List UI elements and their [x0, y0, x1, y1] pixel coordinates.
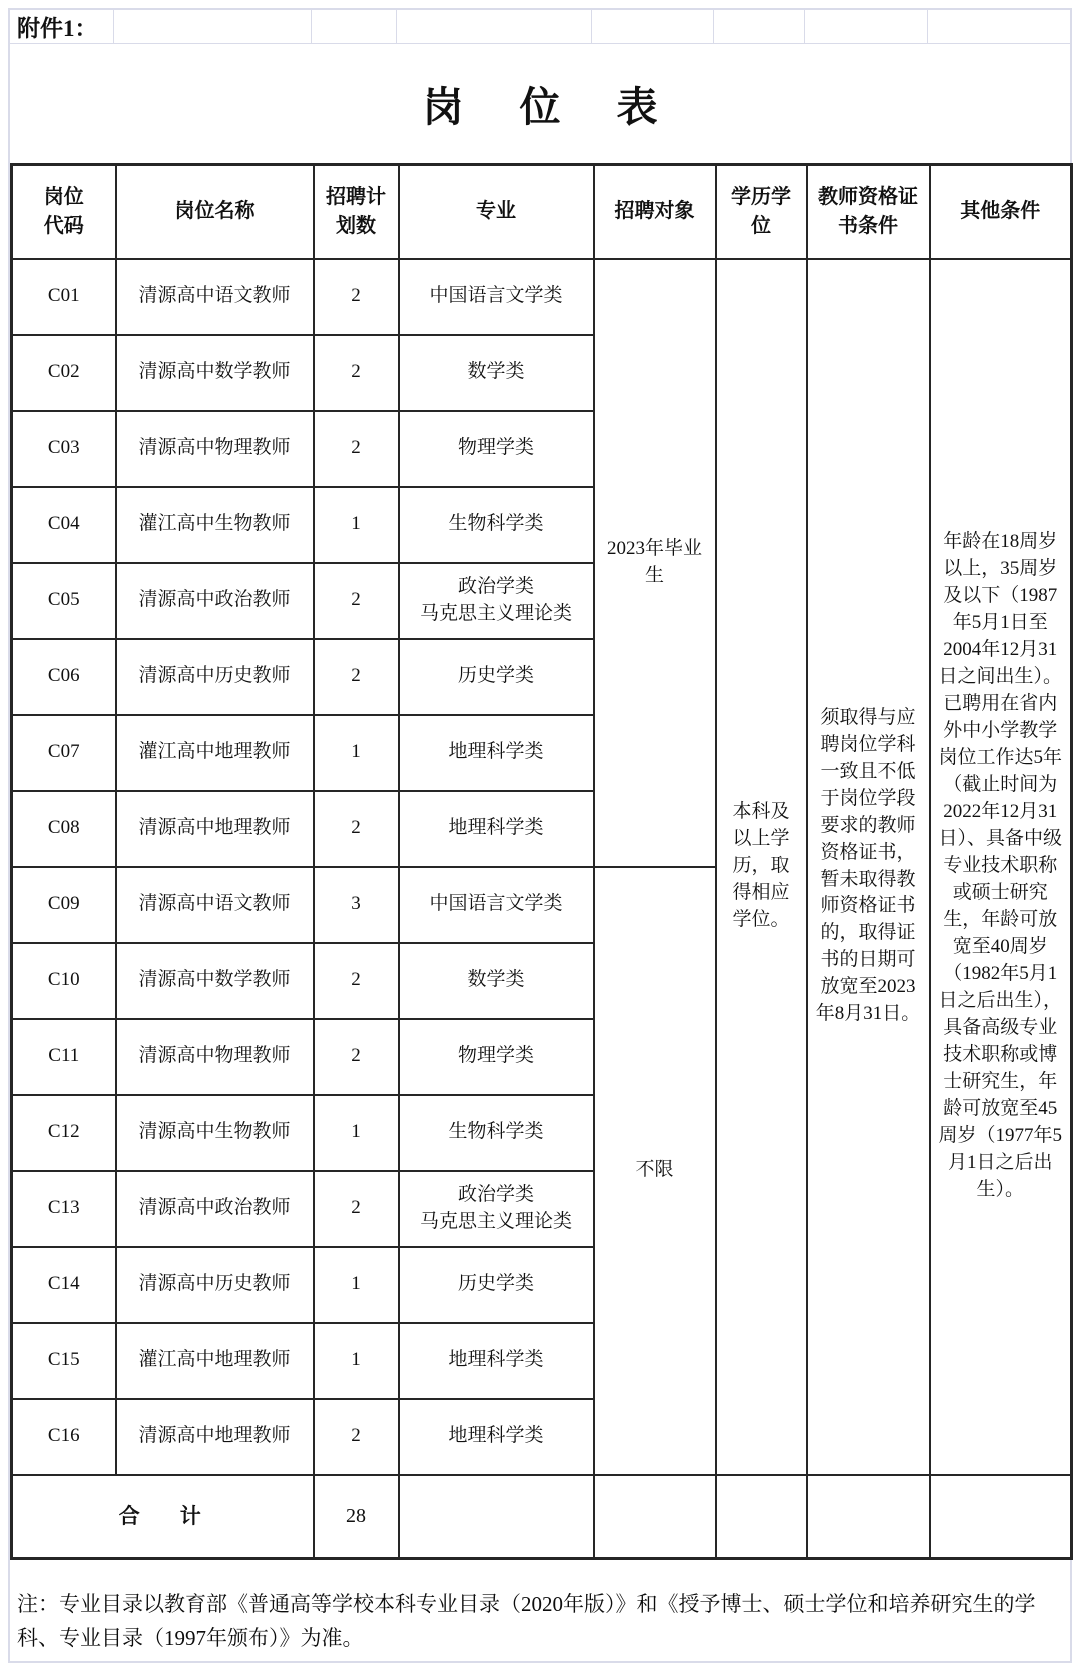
top-grid-cell: [397, 10, 592, 43]
major-cell: 物理学类: [399, 411, 594, 487]
teacher-certificate-cell: 须取得与应聘岗位学科一致且不低于岗位学段要求的教师资格证书，暂未取得教师资格证书…: [807, 259, 930, 1475]
top-grid-cell: [114, 10, 312, 43]
position-code-cell: C15: [12, 1323, 116, 1399]
major-cell: 地理科学类: [399, 1399, 594, 1475]
major-cell: 数学类: [399, 335, 594, 411]
position-name-cell: 清源高中语文教师: [116, 867, 314, 943]
major-cell: 历史学类: [399, 639, 594, 715]
header-other-conditions: 其他条件: [930, 165, 1072, 259]
total-label-cell: 合计: [12, 1475, 314, 1559]
position-name-cell: 灌江高中地理教师: [116, 715, 314, 791]
position-code-cell: C04: [12, 487, 116, 563]
other-conditions-cell: 年龄在18周岁以上，35周岁及以下（1987年5月1日至2004年12月31日之…: [930, 259, 1072, 1475]
top-grid-row: 附件1：: [10, 10, 1070, 44]
position-code-cell: C07: [12, 715, 116, 791]
total-count-cell: 28: [314, 1475, 399, 1559]
plan-count-cell: 1: [314, 487, 399, 563]
plan-count-cell: 3: [314, 867, 399, 943]
position-code-cell: C14: [12, 1247, 116, 1323]
position-name-cell: 清源高中历史教师: [116, 1247, 314, 1323]
footnote: 注：专业目录以教育部《普通高等学校本科专业目录（2020年版）》和《授予博士、硕…: [10, 1560, 1070, 1655]
position-code-cell: C10: [12, 943, 116, 1019]
position-code-cell: C03: [12, 411, 116, 487]
position-name-cell: 清源高中数学教师: [116, 335, 314, 411]
plan-count-cell: 2: [314, 563, 399, 639]
position-code-cell: C08: [12, 791, 116, 867]
title-area: 岗位表: [10, 44, 1070, 163]
major-cell: 生物科学类: [399, 1095, 594, 1171]
major-cell: 政治学类 马克思主义理论类: [399, 563, 594, 639]
major-cell: 生物科学类: [399, 487, 594, 563]
position-name-cell: 清源高中历史教师: [116, 639, 314, 715]
plan-count-cell: 2: [314, 1399, 399, 1475]
position-code-cell: C02: [12, 335, 116, 411]
position-name-cell: 清源高中地理教师: [116, 791, 314, 867]
header-teacher-certificate: 教师资格证 书条件: [807, 165, 930, 259]
position-code-cell: C05: [12, 563, 116, 639]
major-cell: 历史学类: [399, 1247, 594, 1323]
plan-count-cell: 2: [314, 791, 399, 867]
position-code-cell: C16: [12, 1399, 116, 1475]
plan-count-cell: 2: [314, 1171, 399, 1247]
plan-count-cell: 2: [314, 943, 399, 1019]
top-grid-cell: [805, 10, 928, 43]
major-cell: 中国语言文学类: [399, 259, 594, 335]
plan-count-cell: 2: [314, 411, 399, 487]
empty-cell: [399, 1475, 594, 1559]
header-major: 专业: [399, 165, 594, 259]
header-recruit-target: 招聘对象: [594, 165, 716, 259]
header-position-name: 岗位名称: [116, 165, 314, 259]
position-name-cell: 清源高中生物教师: [116, 1095, 314, 1171]
major-cell: 物理学类: [399, 1019, 594, 1095]
major-cell: 数学类: [399, 943, 594, 1019]
plan-count-cell: 2: [314, 335, 399, 411]
position-code-cell: C12: [12, 1095, 116, 1171]
position-name-cell: 清源高中政治教师: [116, 563, 314, 639]
plan-count-cell: 1: [314, 1323, 399, 1399]
position-code-cell: C09: [12, 867, 116, 943]
top-grid-cell: [928, 10, 1070, 43]
position-name-cell: 清源高中语文教师: [116, 259, 314, 335]
plan-count-cell: 1: [314, 1247, 399, 1323]
major-cell: 地理科学类: [399, 791, 594, 867]
top-grid-cell: [312, 10, 397, 43]
major-cell: 地理科学类: [399, 715, 594, 791]
empty-cell: [807, 1475, 930, 1559]
empty-cell: [594, 1475, 716, 1559]
position-name-cell: 清源高中物理教师: [116, 411, 314, 487]
major-cell: 中国语言文学类: [399, 867, 594, 943]
header-position-code: 岗位 代码: [12, 165, 116, 259]
plan-count-cell: 2: [314, 259, 399, 335]
plan-count-cell: 2: [314, 639, 399, 715]
position-name-cell: 灌江高中生物教师: [116, 487, 314, 563]
position-name-cell: 灌江高中地理教师: [116, 1323, 314, 1399]
header-education-degree: 学历学 位: [716, 165, 807, 259]
position-name-cell: 清源高中政治教师: [116, 1171, 314, 1247]
attachment-label: 附件1：: [17, 10, 98, 43]
header-row: 岗位 代码 岗位名称 招聘计 划数 专业 招聘对象 学历学 位 教师资格证 书条…: [12, 165, 1072, 259]
total-row: 合计 28: [12, 1475, 1072, 1559]
position-code-cell: C06: [12, 639, 116, 715]
table-row: C01 清源高中语文教师 2 中国语言文学类 2023年毕业生 本科及以上学历，…: [12, 259, 1072, 335]
top-grid-cell: [714, 10, 805, 43]
plan-count-cell: 1: [314, 715, 399, 791]
position-name-cell: 清源高中物理教师: [116, 1019, 314, 1095]
page-title: 岗位表: [367, 74, 714, 133]
education-degree-cell: 本科及以上学历，取得相应学位。: [716, 259, 807, 1475]
top-grid-cell: [592, 10, 714, 43]
position-code-cell: C13: [12, 1171, 116, 1247]
position-name-cell: 清源高中数学教师: [116, 943, 314, 1019]
empty-cell: [716, 1475, 807, 1559]
major-cell: 政治学类 马克思主义理论类: [399, 1171, 594, 1247]
plan-count-cell: 1: [314, 1095, 399, 1171]
position-code-cell: C11: [12, 1019, 116, 1095]
positions-table: 岗位 代码 岗位名称 招聘计 划数 专业 招聘对象 学历学 位 教师资格证 书条…: [10, 163, 1073, 1560]
recruit-target-graduates-cell: 2023年毕业生: [594, 259, 716, 867]
position-code-cell: C01: [12, 259, 116, 335]
plan-count-cell: 2: [314, 1019, 399, 1095]
major-cell: 地理科学类: [399, 1323, 594, 1399]
position-name-cell: 清源高中地理教师: [116, 1399, 314, 1475]
top-grid-cell: 附件1：: [10, 10, 114, 43]
recruit-target-unlimited-cell: 不限: [594, 867, 716, 1475]
document-sheet: 附件1： 岗位表 岗位 代码 岗位名称 招聘计 划数 专业 招聘对象 学历学 位…: [8, 8, 1072, 1663]
empty-cell: [930, 1475, 1072, 1559]
header-plan-count: 招聘计 划数: [314, 165, 399, 259]
